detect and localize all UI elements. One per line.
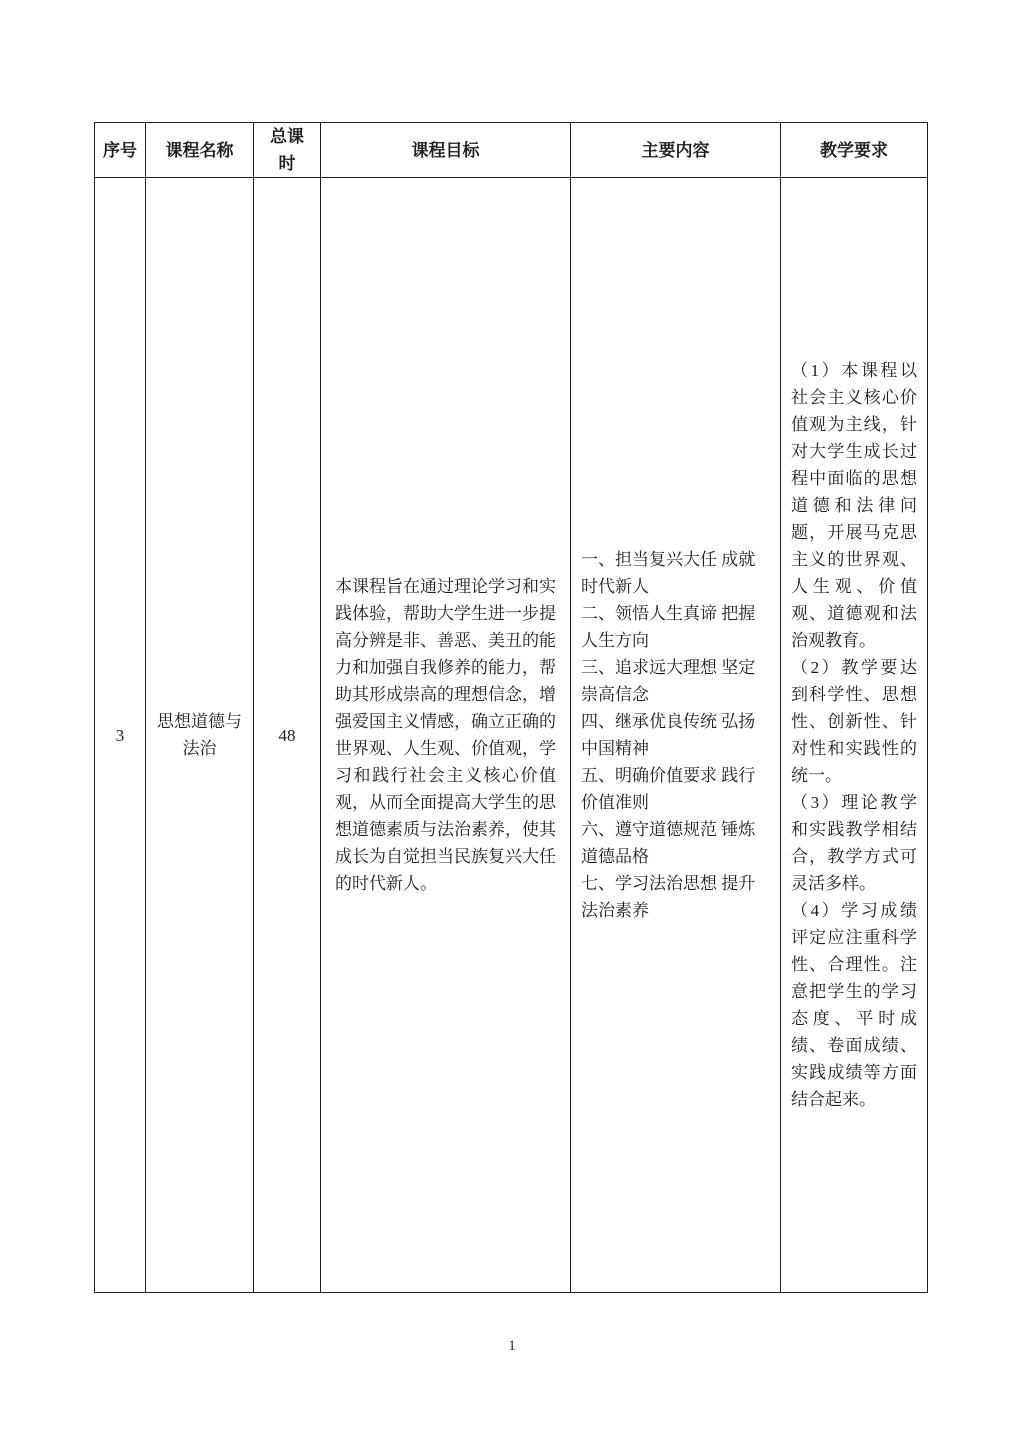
document-page: 序号 课程名称 总课时 课程目标 主要内容 教学要求 3 思想道德与法治 48 … (0, 0, 1024, 1448)
text-line: （1）本课程以社会主义核心价值观为主线，针对大学生成长过程中面临的思想道德和法律… (791, 357, 917, 654)
text-line: 四、继承优良传统 弘扬中国精神 (581, 708, 770, 762)
cell-total-hours: 48 (254, 178, 321, 1293)
text-line: 六、遵守道德规范 锤炼道德品格 (581, 816, 770, 870)
text-line: （2）教学要达到科学性、思想性、创新性、针对性和实践性的统一。 (791, 654, 917, 789)
cell-course-objectives: 本课程旨在通过理论学习和实践体验，帮助大学生进一步提高分辨是非、善恶、美丑的能力… (321, 178, 571, 1293)
course-table: 序号 课程名称 总课时 课程目标 主要内容 教学要求 3 思想道德与法治 48 … (94, 122, 928, 1293)
cell-course-name: 思想道德与法治 (146, 178, 254, 1293)
header-row: 序号 课程名称 总课时 课程目标 主要内容 教学要求 (95, 123, 928, 178)
text-line: 七、学习法治思想 提升法治素养 (581, 870, 770, 924)
table-row: 3 思想道德与法治 48 本课程旨在通过理论学习和实践体验，帮助大学生进一步提高… (95, 178, 928, 1293)
cell-teaching-requirements: （1）本课程以社会主义核心价值观为主线，针对大学生成长过程中面临的思想道德和法律… (781, 178, 928, 1293)
col-header-objectives: 课程目标 (321, 123, 571, 178)
col-header-seq: 序号 (95, 123, 146, 178)
teaching-requirements-list: （1）本课程以社会主义核心价值观为主线，针对大学生成长过程中面临的思想道德和法律… (791, 357, 917, 1113)
col-header-teaching-requirements: 教学要求 (781, 123, 928, 178)
text-line: 二、领悟人生真谛 把握人生方向 (581, 600, 770, 654)
col-header-total-hours: 总课时 (254, 123, 321, 178)
text-line: （3）理论教学和实践教学相结合，教学方式可灵活多样。 (791, 789, 917, 897)
col-header-course-name: 课程名称 (146, 123, 254, 178)
page-number: 1 (0, 1338, 1024, 1355)
objectives-paragraph: 本课程旨在通过理论学习和实践体验，帮助大学生进一步提高分辨是非、善恶、美丑的能力… (335, 573, 556, 897)
text-line: 五、明确价值要求 践行价值准则 (581, 762, 770, 816)
cell-seq-number: 3 (95, 178, 146, 1293)
main-content-list: 一、担当复兴大任 成就时代新人二、领悟人生真谛 把握人生方向三、追求远大理想 坚… (581, 546, 770, 924)
col-header-main-content: 主要内容 (571, 123, 781, 178)
text-line: （4）学习成绩评定应注重科学性、合理性。注意把学生的学习态度、平时成绩、卷面成绩… (791, 897, 917, 1113)
text-line: 一、担当复兴大任 成就时代新人 (581, 546, 770, 600)
cell-main-content: 一、担当复兴大任 成就时代新人二、领悟人生真谛 把握人生方向三、追求远大理想 坚… (571, 178, 781, 1293)
text-line: 三、追求远大理想 坚定崇高信念 (581, 654, 770, 708)
